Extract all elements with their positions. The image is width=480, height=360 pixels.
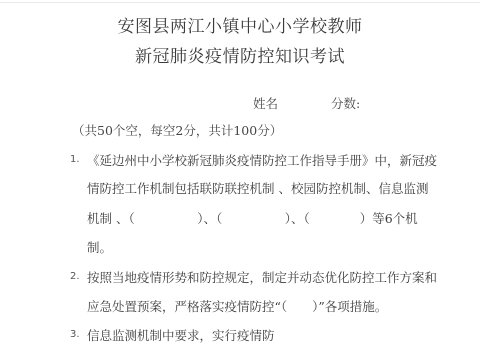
exam-title-line-1: 安图县两江小镇中心小学校教师 xyxy=(0,12,480,37)
question-2-line-1: 按照当地疫情形势和防控规定，制定并动态优化防控工作方案和 xyxy=(87,268,437,286)
question-1-line-2: 情防控工作机制包括联防联控机制 、校园防控机制、信息监测 xyxy=(87,179,428,197)
question-1-line-3: 机制 、（ ）、（ ）、（ ）等6个机 xyxy=(87,209,418,227)
question-1-line-4: 制。 xyxy=(87,238,112,256)
question-2-line-2: 应急处置预案，严格落实疫情防控“（ ）”各项措施。 xyxy=(87,297,387,315)
question-3-number: 3. xyxy=(70,329,80,340)
scoring-instructions: （共50个空，每空2分，共计100分） xyxy=(72,121,282,139)
question-1-line-1: 《延边州中小学校新冠肺炎疫情防控工作指导手册》中，新冠疫 xyxy=(87,151,437,169)
exam-title-line-2: 新冠肺炎疫情防控知识考试 xyxy=(0,42,480,67)
question-1-number: 1. xyxy=(70,154,80,165)
name-label: 姓名 xyxy=(253,94,278,112)
question-3-line-1: 信息监测机制中要求，实行疫情防 xyxy=(87,326,275,344)
score-label: 分数: xyxy=(331,94,360,112)
question-2-number: 2. xyxy=(70,271,80,282)
page-top-border xyxy=(0,2,480,3)
